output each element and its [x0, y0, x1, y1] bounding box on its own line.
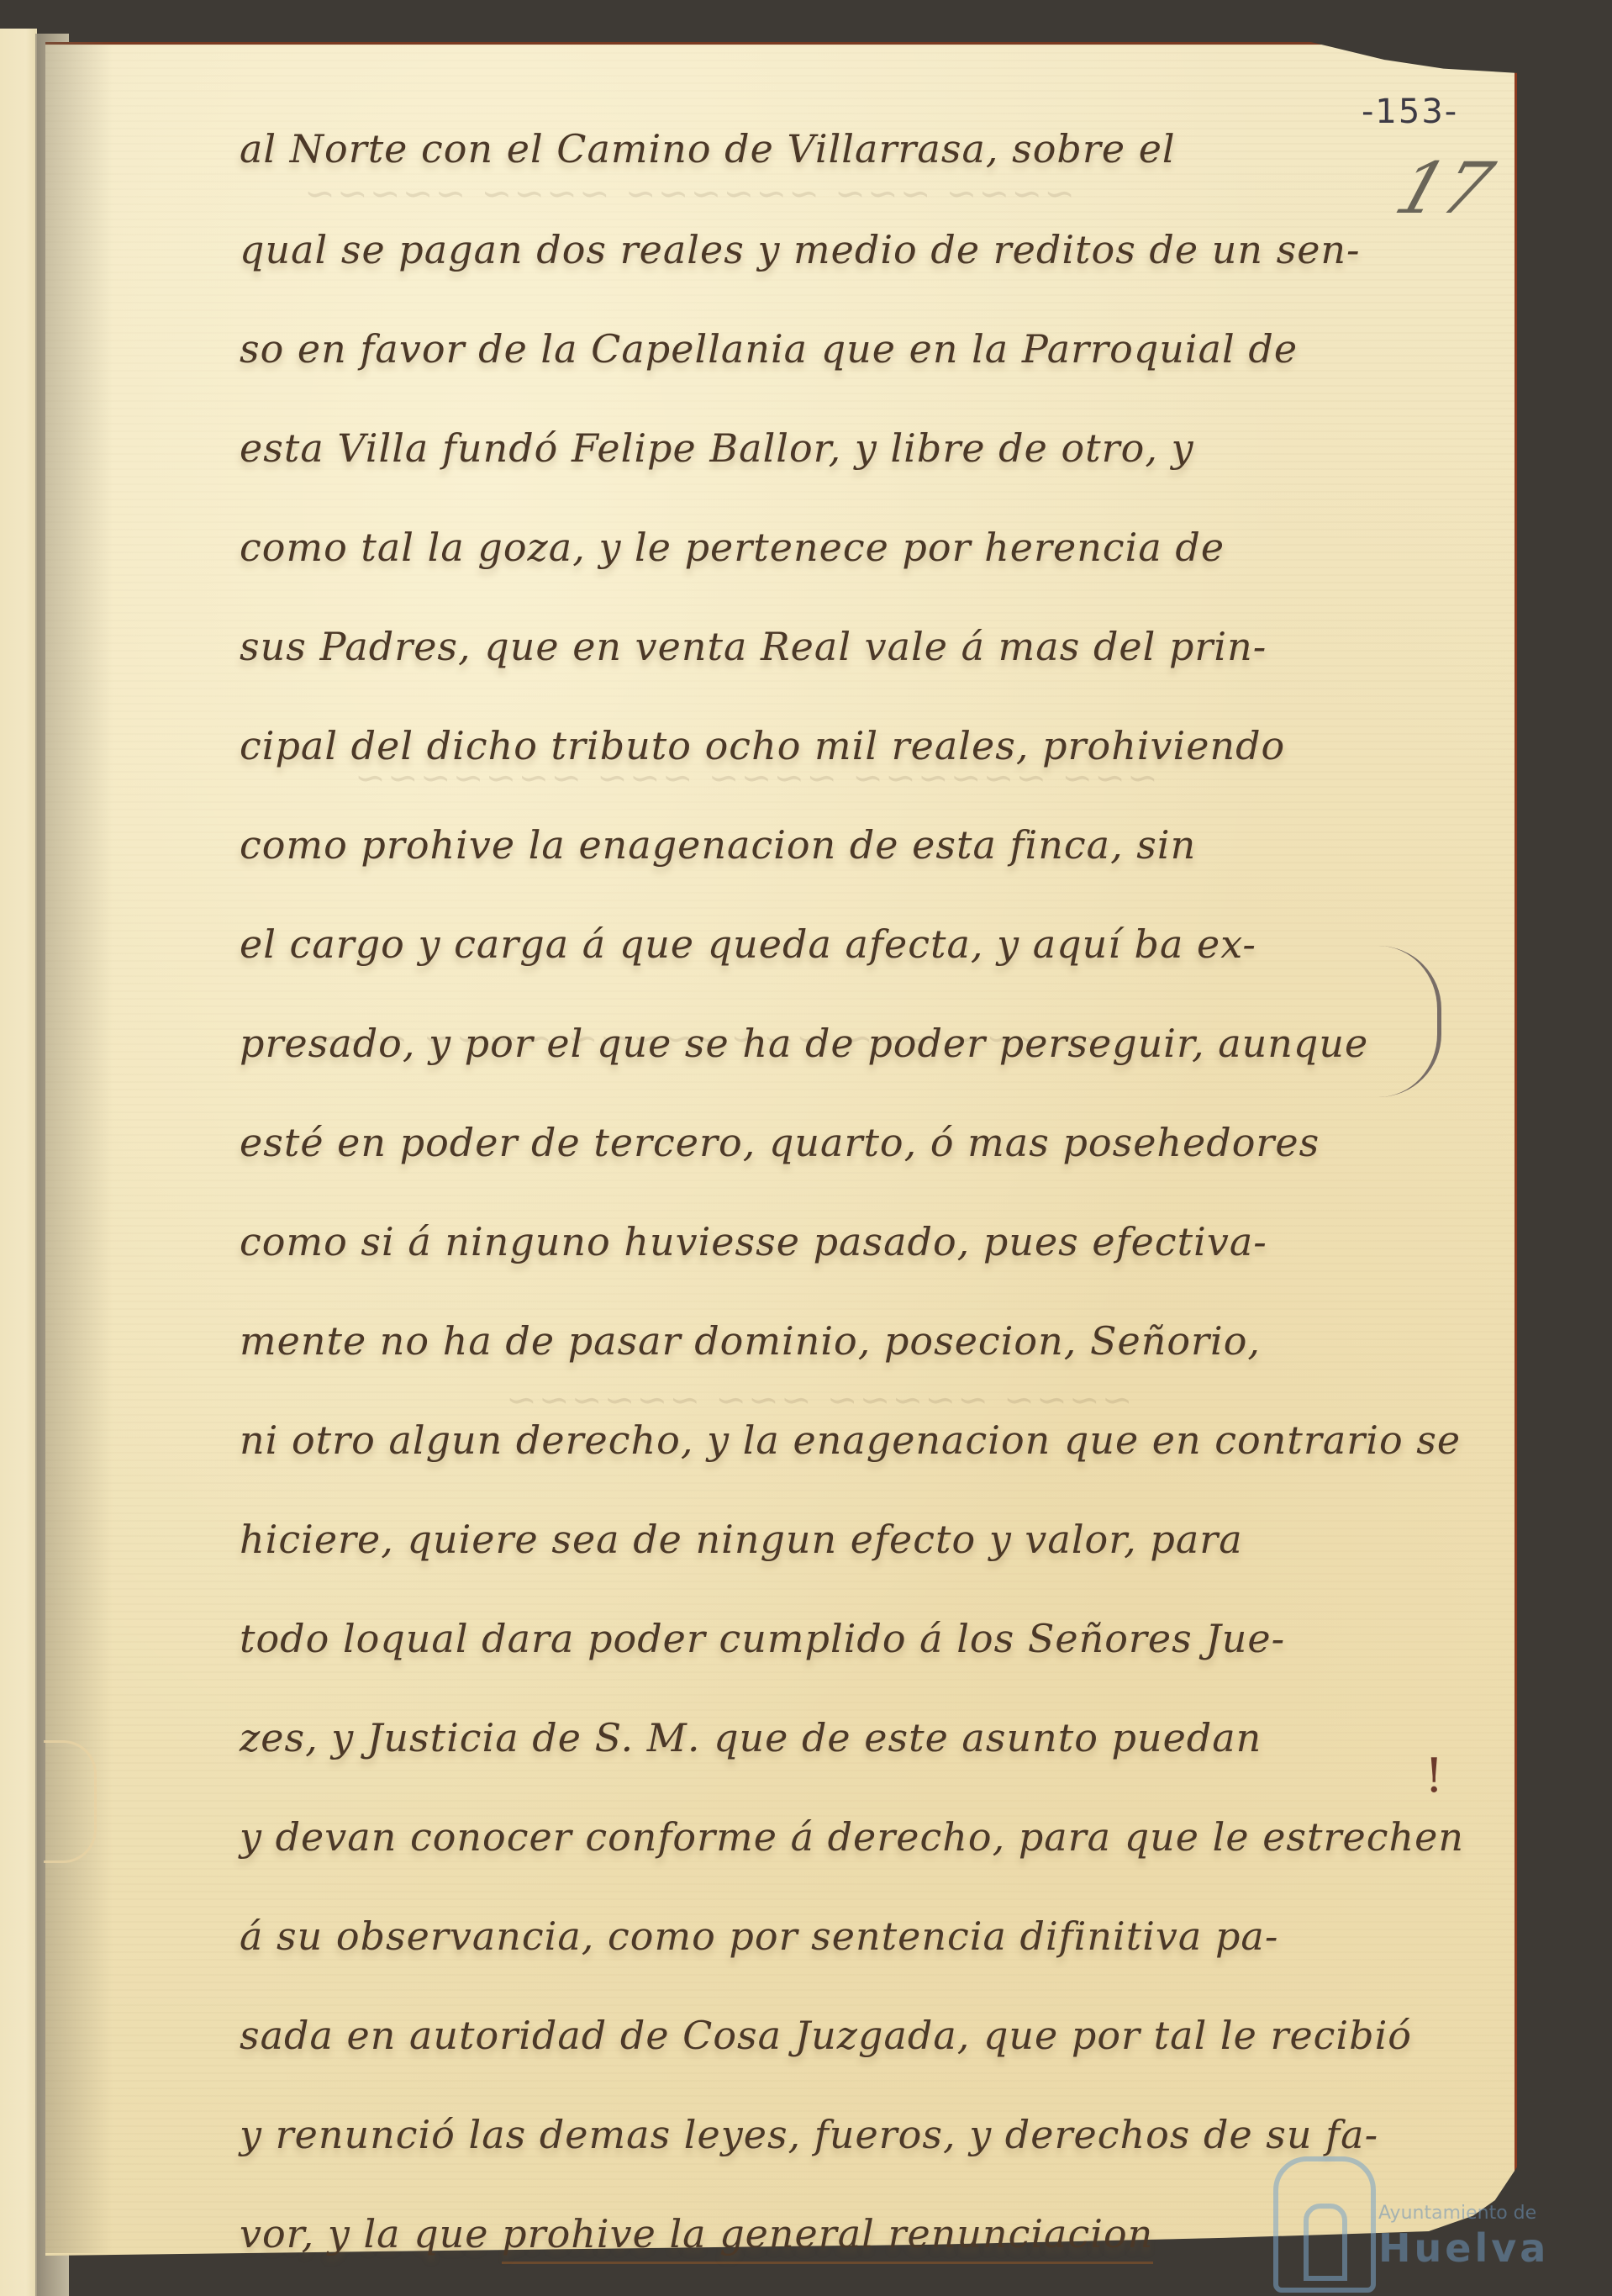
watermark-line1: Ayuntamiento de	[1378, 2203, 1536, 2224]
text-line: y devan conocer conforme á derecho, para…	[240, 1814, 1464, 1860]
text-line: el cargo y carga á que queda afecta, y a…	[240, 921, 1256, 967]
text-line: como tal la goza, y le pertenece por her…	[240, 525, 1225, 570]
margin-exclamation-mark: !	[1425, 1749, 1444, 1803]
text-line-underlined: vor, y la que prohive la general renunci…	[240, 2211, 1153, 2256]
text-line: mente no ha de pasar dominio, posecion, …	[240, 1318, 1261, 1364]
text-plain: vor, y la que	[240, 2211, 502, 2256]
coat-of-arms-icon	[1273, 2156, 1376, 2293]
text-line: sada en autoridad de Cosa Juzgada, que p…	[240, 2013, 1412, 2058]
text-line: cipal del dicho tributo ocho mil reales,…	[240, 723, 1285, 768]
text-line: ni otro algun derecho, y la enagenacion …	[240, 1417, 1461, 1463]
text-line: qual se pagan dos reales y medio de redi…	[240, 227, 1361, 272]
folio-number: -153-	[1362, 92, 1458, 131]
text-line: presado, y por el que se ha de poder per…	[240, 1021, 1368, 1066]
bleed-through-text: ~~~~ ~~~ ~~~~~~ ~~~~ ~~~~~	[303, 172, 1075, 215]
archive-watermark: Ayuntamiento de Huelva	[1265, 2148, 1601, 2291]
text-line: sus Padres, que en venta Real vale á mas…	[240, 624, 1267, 669]
text-line: hiciere, quiere sea de ningun efecto y v…	[240, 1517, 1243, 1562]
watermark-line2: Huelva	[1378, 2225, 1549, 2271]
text-line: como si á ninguno huviesse pasado, pues …	[240, 1219, 1267, 1264]
text-line: esté en poder de tercero, quarto, ó mas …	[240, 1120, 1320, 1165]
text-line: á su observancia, como por sentencia dif…	[240, 1913, 1278, 1959]
bleed-through-text: ~~~~ ~~~~~ ~~~ ~~~~~~	[504, 1379, 1133, 1422]
previous-page-edge	[0, 29, 37, 2296]
page-shadow	[45, 42, 113, 2253]
binding-thread-icon	[44, 1740, 97, 1863]
text-line: todo loqual dara poder cumplido á los Se…	[240, 1616, 1285, 1661]
text-line: como prohive la enagenacion de esta finc…	[240, 822, 1196, 868]
text-line: zes, y Justicia de S. M. que de este asu…	[240, 1715, 1262, 1760]
text-line: so en favor de la Capellania que en la P…	[240, 326, 1298, 372]
text-line: y renunció las demas leyes, fueros, y de…	[240, 2112, 1378, 2157]
text-underlined: prohive la general renunciacion	[502, 2211, 1153, 2264]
text-line: esta Villa fundó Felipe Ballor, y libre …	[240, 425, 1194, 471]
text-line: al Norte con el Camino de Villarrasa, so…	[240, 126, 1176, 172]
